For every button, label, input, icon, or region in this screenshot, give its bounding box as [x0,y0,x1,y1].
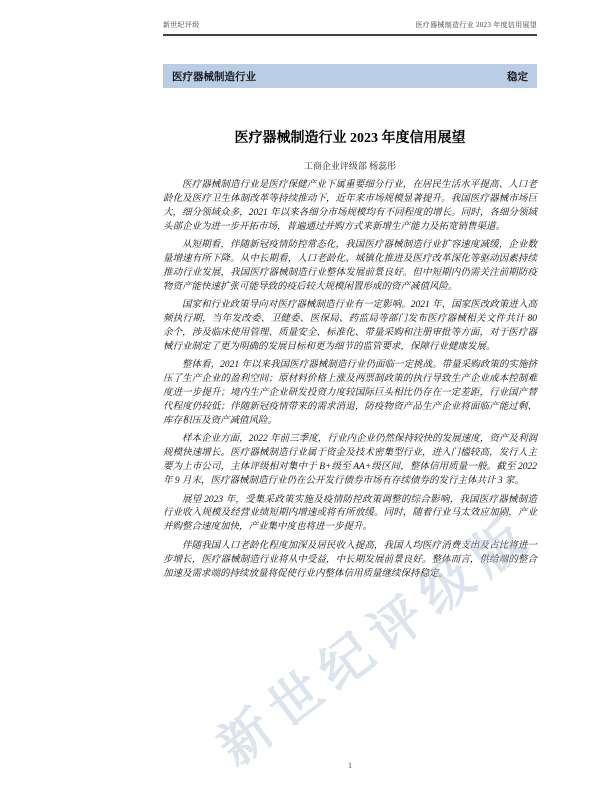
banner-industry-label: 医疗器械制造行业 [172,69,256,84]
paragraph: 整体看，2021 年以来我国医疗器械制造行业仍面临一定挑战。带量采购政策的实施挤… [163,359,537,429]
page-number: 1 [163,761,537,770]
running-header-left: 新世纪评级 [163,20,200,30]
byline: 工商企业评级部 杨蕊彤 [163,159,537,172]
document-page: { "running_header": { "left": "新世纪评级", "… [0,0,600,800]
running-header: 新世纪评级 医疗器械制造行业 2023 年度信用展望 [163,20,537,36]
body-text: 医疗器械制造行业是医疗保健产业下属重要细分行业，在居民生活水平提高、人口老龄化及… [163,179,537,586]
document-title: 医疗器械制造行业 2023 年度信用展望 [163,127,537,147]
banner-outlook-badge: 稳定 [507,69,528,84]
running-header-right: 医疗器械制造行业 2023 年度信用展望 [416,20,538,30]
paragraph: 展望 2023 年，受集采政策实施及疫情防控政策调整的综合影响，我国医疗器械制造… [163,494,537,536]
paragraph: 伴随我国人口老龄化程度加深及居民收入提高，我国人均医疗消费支出及占比将进一步增长… [163,540,537,582]
paragraph: 国家和行业政策导向对医疗器械制造行业有一定影响。2021 年，国家医改政策进入高… [163,299,537,355]
industry-outlook-banner: 医疗器械制造行业 稳定 [163,64,537,88]
paragraph: 样本企业方面，2022 年前三季度，行业内企业仍然保持较快的发展速度，资产及利润… [163,433,537,489]
paragraph: 从短期看，伴随新冠疫情防控常态化，我国医疗器械制造行业扩容速度减缓，企业数量增速… [163,239,537,295]
paragraph: 医疗器械制造行业是医疗保健产业下属重要细分行业，在居民生活水平提高、人口老龄化及… [163,179,537,235]
